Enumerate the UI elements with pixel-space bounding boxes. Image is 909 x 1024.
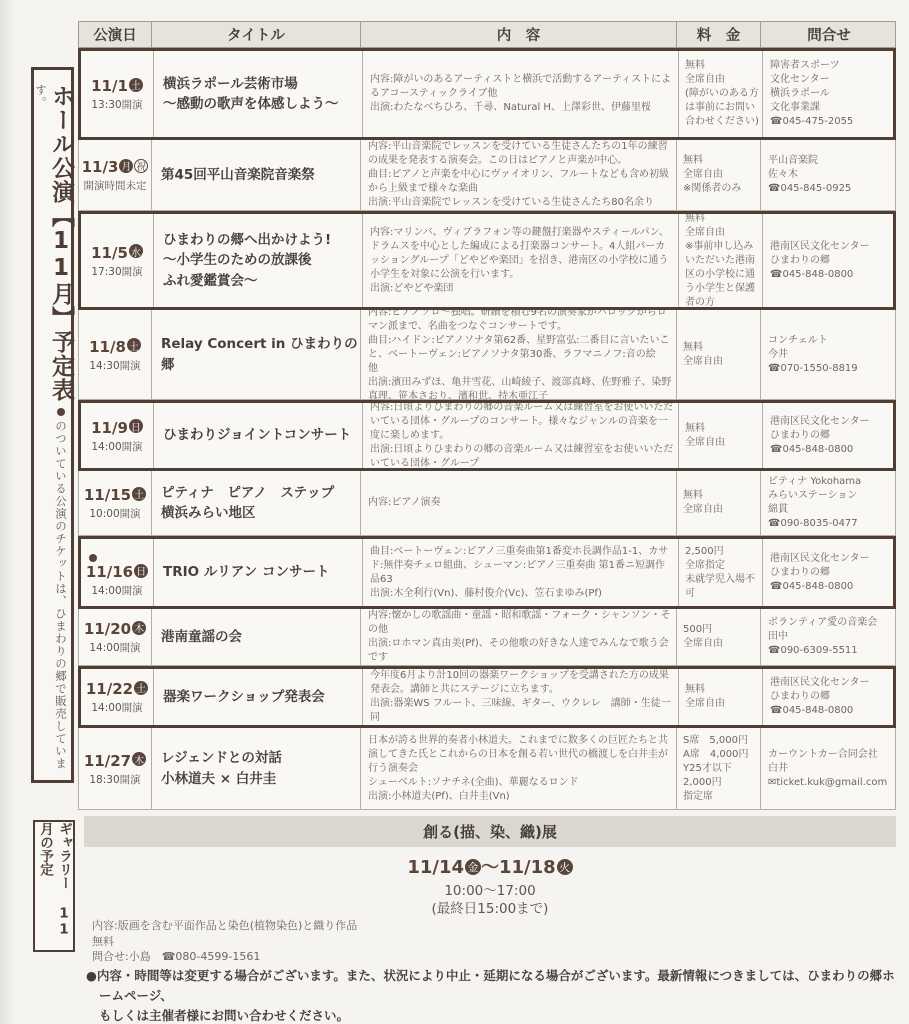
- contact-cell: 港南区民文化センター ひまわりの郷 ☎045-848-0800: [763, 669, 899, 725]
- contact-cell: 港南区民文化センター ひまわりの郷 ☎045-848-0800: [763, 539, 899, 606]
- performance-content: 内容:平山音楽院でレッスンを受けている生徒さんたちの1年の練習の成果を発表する演…: [361, 140, 676, 210]
- fee-cell: 無料 全席自由 (障がいのある方は事前にお問い合わせください): [679, 51, 763, 137]
- performance-content: 内容:日頃よりひまわりの郷の音楽ルーム又は練習室をお使いいただいている団体・グル…: [363, 403, 678, 468]
- day-badge: 土: [132, 487, 146, 501]
- day-badge: 金: [465, 859, 481, 875]
- table-row: 11/9日 14:00開演 ひまわりジョイントコンサート 内容:日頃よりひまわり…: [78, 400, 896, 471]
- start-time: 14:00開演: [91, 439, 142, 454]
- day-badge: 日: [129, 419, 143, 433]
- gallery-exhibition-title: 創る(描、染、織)展: [84, 816, 896, 847]
- contact-cell: ボランティア愛の音楽会 田中 ☎090-6309-5511: [761, 609, 897, 665]
- title-cell: TRIO ルリアン コンサート: [154, 539, 363, 606]
- date-cell: 11/20木 14:00開演: [79, 609, 152, 665]
- contact-cell: 平山音楽院 佐々木 ☎045-845-0925: [761, 140, 897, 210]
- table-row: 11/22土 14:00開演 器楽ワークショップ発表会 今年度6月より計10回の…: [78, 666, 896, 728]
- fee-text: 無料 全席自由 (障がいのある方は事前にお問い合わせください): [679, 56, 762, 132]
- fee-cell: 無料 全席自由: [677, 310, 761, 399]
- performance-date: 11/1: [91, 77, 128, 95]
- performance-title: レジェンドとの対話 小林道夫 × 白井圭: [152, 744, 284, 793]
- performance-title: 第45回平山音楽院音楽祭: [152, 161, 317, 189]
- contact-text: 港南区民文化センター ひまわりの郷 ☎045-848-0800: [763, 673, 873, 721]
- performance-date: 11/22: [86, 680, 133, 698]
- content-cell: 内容:懐かしの歌謡曲・童謡・昭和歌謡・フォーク・シャンソン・その他 出演:ロホマ…: [361, 609, 677, 665]
- content-cell: 内容:障がいのあるアーティストと横浜で活動するアーティストによるアコースティック…: [363, 51, 679, 137]
- table-row: 11/1土 13:30開演 横浜ラポール芸術市場 〜感動の歌声を体感しよう〜 内…: [78, 48, 896, 140]
- title-cell: ピティナ ピアノ ステップ 横浜みらい地区: [152, 471, 361, 535]
- performance-content: 内容:懐かしの歌謡曲・童謡・昭和歌謡・フォーク・シャンソン・その他 出演:ロホマ…: [361, 609, 676, 665]
- performance-title: Relay Concert in ひまわりの郷: [152, 330, 360, 379]
- date-cell: 11/22土 14:00開演: [81, 669, 154, 725]
- contact-text: 平山音楽院 佐々木 ☎045-845-0925: [761, 151, 854, 199]
- performance-title: 器楽ワークショップ発表会: [154, 683, 327, 711]
- header-contact: 問合せ: [761, 22, 897, 47]
- performance-date: 11/16: [86, 563, 133, 581]
- performance-content: 今年度6月より計10回の器楽ワークショップを受講された方の成果発表会。講師と共に…: [363, 669, 678, 725]
- fee-cell: 無料 全席自由 ※関係者のみ: [677, 140, 761, 210]
- table-row: 11/5水 17:30開演 ひまわりの郷へ出かけよう! 〜小学生のための放課後 …: [78, 211, 896, 310]
- start-time: 18:30開演: [89, 772, 140, 787]
- performance-schedule-table: 公演日 タイトル 内 容 料 金 問合せ 11/1土 13:30開演 横浜ラポー…: [78, 21, 896, 810]
- gallery-hours-note: (最終日15:00まで): [84, 897, 896, 917]
- gallery-open-hours: 10:00〜17:00: [84, 879, 896, 899]
- contact-cell: ピティナ Yokohama みらいステーション 綿貫 ☎090-8035-047…: [761, 471, 897, 535]
- performance-content: 日本が誇る世界的奏者小林道夫。これまでに数多くの巨匠たちと共演してきた氏とこれか…: [361, 730, 676, 808]
- fee-cell: 無料 全席自由: [679, 669, 763, 725]
- fee-text: 500円 全席自由: [677, 620, 726, 654]
- header-date: 公演日: [79, 22, 152, 47]
- fee-cell: S席 5,000円 A席 4,000円 Y25才以下 2,000円 指定席: [677, 728, 761, 809]
- performance-content: 内容:マリンバ、ヴィブラフォン等の鍵盤打楽器やスティールパン、ドラムスを中心とし…: [363, 222, 678, 300]
- date-cell: 11/5水 17:30開演: [81, 214, 154, 307]
- contact-text: 港南区民文化センター ひまわりの郷 ☎045-848-0800: [763, 412, 873, 460]
- performance-content: 曲目:ベートーヴェン:ピアノ三重奏曲第1番変ホ長調作品1-1、カサド:無伴奏チェ…: [363, 541, 678, 605]
- performance-content: 内容:ピアノソロ〜独唱。研鑽を積む9名の演奏家がバロックからロマン派まで、名曲を…: [361, 310, 676, 399]
- date-cell: 11/3月祝 開演時間未定: [79, 140, 152, 210]
- content-cell: 内容:日頃よりひまわりの郷の音楽ルーム又は練習室をお使いいただいている団体・グル…: [363, 403, 679, 468]
- start-time: 14:00開演: [89, 640, 140, 655]
- title-cell: ひまわりの郷へ出かけよう! 〜小学生のための放課後 ふれ愛鑑賞会〜: [154, 214, 363, 307]
- hall-schedule-sidebar: ホール公演【11月】予定表のついている公演のチケットは、ひまわりの郷で販売してい…: [31, 67, 74, 783]
- contact-text: ボランティア愛の音楽会 田中 ☎090-6309-5511: [761, 613, 880, 661]
- gallery-schedule-sidebar: ギャラリー 11月の予定: [33, 820, 75, 952]
- contact-cell: 港南区民文化センター ひまわりの郷 ☎045-848-0800: [763, 214, 899, 307]
- start-time: 13:30開演: [91, 97, 142, 112]
- contact-text: 港南区民文化センター ひまわりの郷 ☎045-848-0800: [763, 237, 873, 285]
- title-cell: 横浜ラポール芸術市場 〜感動の歌声を体感しよう〜: [154, 51, 363, 137]
- holiday-badge: 祝: [134, 159, 148, 173]
- gallery-details: 内容:版画を含む平面作品と染色(植物染色)と織り作品 無料 問合せ:小島 ☎08…: [92, 918, 792, 965]
- content-cell: 今年度6月より計10回の器楽ワークショップを受講された方の成果発表会。講師と共に…: [363, 669, 679, 725]
- performance-date: 11/9: [91, 419, 128, 437]
- footer-disclaimer: ●内容・時間等は変更する場合がございます。また、状況により中止・延期になる場合が…: [86, 966, 900, 1024]
- table-row: 11/15土 10:00開演 ピティナ ピアノ ステップ 横浜みらい地区 内容:…: [78, 471, 896, 536]
- title-cell: レジェンドとの対話 小林道夫 × 白井圭: [152, 728, 361, 809]
- title-cell: 第45回平山音楽院音楽祭: [152, 140, 361, 210]
- contact-text: カーウントカー合同会社 白井 ✉ticket.kuk@gmail.com: [761, 745, 890, 793]
- title-cell: 港南童謡の会: [152, 609, 361, 665]
- fee-text: 2,500円 全席指定 未就学児入場不可: [679, 542, 762, 604]
- start-time: 14:00開演: [91, 583, 142, 598]
- performance-date: 11/15: [84, 486, 131, 504]
- fee-text: 無料 全席自由: [677, 486, 726, 520]
- contact-cell: 障害者スポーツ 文化センター 横浜ラポール 文化事業課 ☎045-475-205…: [763, 51, 899, 137]
- contact-cell: コンチェルト 今井 ☎070-1550-8819: [761, 310, 897, 399]
- hall-sidebar-title: ホール公演【11月】予定表: [48, 84, 74, 402]
- table-row: 11/8土 14:30開演 Relay Concert in ひまわりの郷 内容…: [78, 310, 896, 400]
- fee-text: 無料 全席自由 ※事前申し込みいただいた港南区の小学校に通う小学生と保護者の方: [679, 214, 762, 307]
- performance-title: TRIO ルリアン コンサート: [154, 558, 331, 586]
- start-time: 開演時間未定: [84, 178, 147, 193]
- date-cell: 11/1土 13:30開演: [81, 51, 154, 137]
- sun-mark-icon: [89, 554, 97, 562]
- contact-text: ピティナ Yokohama みらいステーション 綿貫 ☎090-8035-047…: [761, 472, 864, 534]
- day-badge: 土: [127, 338, 141, 352]
- content-cell: 内容:ピアノ演奏: [361, 471, 677, 535]
- content-cell: 日本が誇る世界的奏者小林道夫。これまでに数多くの巨匠たちと共演してきた氏とこれか…: [361, 728, 677, 809]
- date-cell: 11/9日 14:00開演: [81, 403, 154, 468]
- performance-date: 11/27: [84, 752, 131, 770]
- performance-title: 横浜ラポール芸術市場 〜感動の歌声を体感しよう〜: [154, 70, 341, 119]
- performance-title: ひまわりの郷へ出かけよう! 〜小学生のための放課後 ふれ愛鑑賞会〜: [154, 226, 333, 295]
- date-cell: 11/8土 14:30開演: [79, 310, 152, 399]
- content-cell: 内容:平山音楽院でレッスンを受けている生徒さんたちの1年の練習の成果を発表する演…: [361, 140, 677, 210]
- table-header-row: 公演日 タイトル 内 容 料 金 問合せ: [78, 21, 896, 48]
- fee-cell: 500円 全席自由: [677, 609, 761, 665]
- contact-text: 障害者スポーツ 文化センター 横浜ラポール 文化事業課 ☎045-475-205…: [763, 56, 856, 132]
- day-badge: 土: [129, 78, 143, 92]
- day-badge: 木: [132, 621, 146, 635]
- table-row: 11/3月祝 開演時間未定 第45回平山音楽院音楽祭 内容:平山音楽院でレッスン…: [78, 140, 896, 211]
- date-range-separator: 〜: [481, 857, 499, 878]
- date-cell: 11/27木 18:30開演: [79, 728, 152, 809]
- day-badge: 日: [134, 564, 148, 578]
- table-row: 11/20木 14:00開演 港南童謡の会 内容:懐かしの歌謡曲・童謡・昭和歌謡…: [78, 609, 896, 666]
- contact-text: 港南区民文化センター ひまわりの郷 ☎045-848-0800: [763, 549, 873, 597]
- date-cell: 11/15土 10:00開演: [79, 471, 152, 535]
- fee-text: 無料 全席自由: [677, 338, 726, 372]
- content-cell: 内容:ピアノソロ〜独唱。研鑽を積む9名の演奏家がバロックからロマン派まで、名曲を…: [361, 310, 677, 399]
- header-fee: 料 金: [677, 22, 761, 47]
- sun-mark-icon: [57, 408, 65, 416]
- start-time: 14:00開演: [91, 700, 142, 715]
- fee-cell: 無料 全席自由: [677, 471, 761, 535]
- start-time: 14:30開演: [89, 358, 140, 373]
- contact-text: コンチェルト 今井 ☎070-1550-8819: [761, 331, 861, 379]
- title-cell: 器楽ワークショップ発表会: [154, 669, 363, 725]
- fee-text: 無料 全席自由: [679, 680, 728, 714]
- day-badge: 水: [129, 244, 143, 258]
- performance-date: 11/20: [84, 620, 131, 638]
- day-badge: 火: [557, 859, 573, 875]
- fee-cell: 無料 全席自由 ※事前申し込みいただいた港南区の小学校に通う小学生と保護者の方: [679, 214, 763, 307]
- start-time: 17:30開演: [91, 264, 142, 279]
- content-cell: 内容:マリンバ、ヴィブラフォン等の鍵盤打楽器やスティールパン、ドラムスを中心とし…: [363, 214, 679, 307]
- performance-title: ひまわりジョイントコンサート: [154, 421, 353, 449]
- title-cell: ひまわりジョイントコンサート: [154, 403, 363, 468]
- gallery-date-to: 11/18: [499, 857, 556, 878]
- fee-cell: 無料 全席自由: [679, 403, 763, 468]
- day-badge: 月: [119, 159, 133, 173]
- content-cell: 曲目:ベートーヴェン:ピアノ三重奏曲第1番変ホ長調作品1-1、カサド:無伴奏チェ…: [363, 539, 679, 606]
- performance-date: 11/5: [91, 244, 128, 262]
- performance-content: 内容:障がいのあるアーティストと横浜で活動するアーティストによるアコースティック…: [363, 69, 678, 119]
- fee-cell: 2,500円 全席指定 未就学児入場不可: [679, 539, 763, 606]
- performance-date: 11/8: [89, 338, 126, 356]
- performance-title: ピティナ ピアノ ステップ 横浜みらい地区: [152, 479, 336, 528]
- table-row: 11/16日 14:00開演 TRIO ルリアン コンサート 曲目:ベートーヴェ…: [78, 536, 896, 609]
- date-cell: 11/16日 14:00開演: [81, 539, 154, 606]
- contact-cell: 港南区民文化センター ひまわりの郷 ☎045-848-0800: [763, 403, 899, 468]
- gallery-date-range: 11/14金〜11/18火: [84, 853, 896, 879]
- day-badge: 木: [132, 752, 146, 766]
- contact-cell: カーウントカー合同会社 白井 ✉ticket.kuk@gmail.com: [761, 728, 897, 809]
- performance-content: 内容:ピアノ演奏: [361, 492, 445, 514]
- header-content: 内 容: [361, 22, 677, 47]
- performance-date: 11/3: [82, 158, 119, 176]
- fee-text: 無料 全席自由: [679, 419, 728, 453]
- table-row: 11/27木 18:30開演 レジェンドとの対話 小林道夫 × 白井圭 日本が誇…: [78, 728, 896, 810]
- performance-title: 港南童謡の会: [152, 623, 244, 651]
- start-time: 10:00開演: [89, 506, 140, 521]
- gallery-date-from: 11/14: [407, 857, 464, 878]
- gallery-sidebar-title: ギャラリー 11月の予定: [35, 822, 73, 950]
- header-title: タイトル: [152, 22, 361, 47]
- day-badge: 土: [134, 681, 148, 695]
- title-cell: Relay Concert in ひまわりの郷: [152, 310, 361, 399]
- fee-text: 無料 全席自由 ※関係者のみ: [677, 151, 744, 199]
- fee-text: S席 5,000円 A席 4,000円 Y25才以下 2,000円 指定席: [677, 731, 751, 807]
